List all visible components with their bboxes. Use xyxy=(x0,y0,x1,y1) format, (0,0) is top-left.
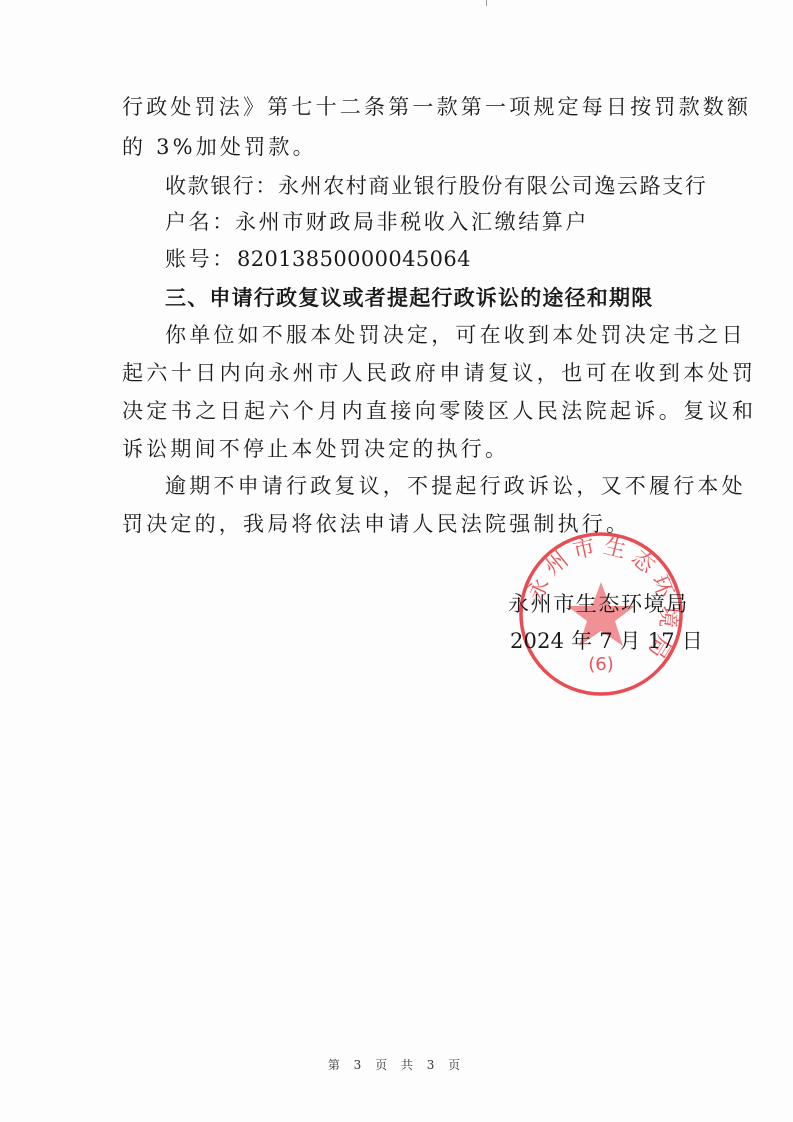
appeal-line-3: 决定书之日起六个月内直接向零陵区人民法院起诉。复议和 xyxy=(122,397,682,425)
issue-date: 2024 年 7 月 17 日 xyxy=(510,627,703,655)
page-indicator: 第 3 页 共 3 页 xyxy=(0,1056,793,1073)
issuer-name: 永州市生态环境局 xyxy=(508,590,689,618)
law-text-line-2: 的 3%加处罚款。 xyxy=(122,133,682,161)
law-text-line-1: 行政处罚法》第七十二条第一款第一项规定每日按罚款数额 xyxy=(122,93,682,121)
appeal-line-1: 你单位如不服本处罚决定，可在收到本处罚决定书之日 xyxy=(165,321,725,349)
account-name-label: 户名： xyxy=(165,208,235,236)
account-number-label: 账号： xyxy=(165,245,237,273)
enforcement-line-1: 逾期不申请行政复议，不提起行政诉讼，又不履行本处 xyxy=(165,472,725,500)
account-number-row: 账号：82013850000045064 xyxy=(165,245,725,273)
bank-row: 收款银行：永州农村商业银行股份有限公司逸云路支行 xyxy=(165,172,725,200)
appeal-line-2: 起六十日内向永州市人民政府申请复议，也可在收到本处罚 xyxy=(122,359,682,387)
section-heading: 三、申请行政复议或者提起行政诉讼的途径和期限 xyxy=(165,284,725,312)
account-number-value: 82013850000045064 xyxy=(237,247,471,271)
seal-number: (6) xyxy=(588,654,614,675)
account-name-row: 户名：永州市财政局非税收入汇缴结算户 xyxy=(165,208,725,236)
account-name-value: 永州市财政局非税收入汇缴结算户 xyxy=(235,210,589,234)
scan-mark xyxy=(486,0,487,6)
appeal-line-4: 诉讼期间不停止本处罚决定的执行。 xyxy=(122,435,682,463)
bank-value: 永州农村商业银行股份有限公司逸云路支行 xyxy=(278,174,707,198)
bank-label: 收款银行： xyxy=(165,174,278,198)
document-page: 行政处罚法》第七十二条第一款第一项规定每日按罚款数额 的 3%加处罚款。 收款银… xyxy=(0,0,793,1122)
